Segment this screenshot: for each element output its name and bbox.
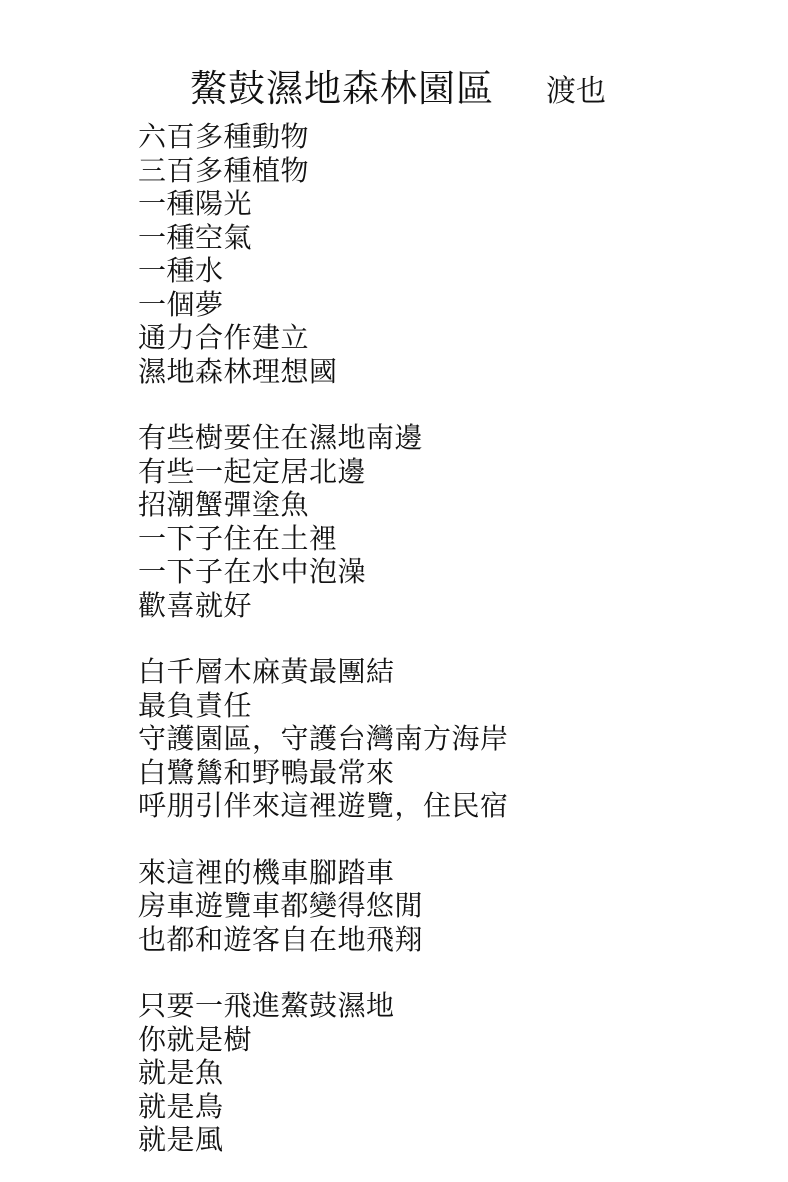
- poem-line: 一個夢: [138, 288, 748, 322]
- title-row: 鰲鼓濕地森林園區渡也: [138, 58, 748, 112]
- poem-line: 呼朋引伴來這裡遊覽，住民宿: [138, 789, 748, 823]
- poem-line: 六百多種動物: [138, 120, 748, 154]
- poem-line: 通力合作建立: [138, 321, 748, 355]
- poem-line: 就是魚: [138, 1056, 748, 1090]
- poem-line: 就是風: [138, 1123, 748, 1157]
- poem-line: 一種陽光: [138, 187, 748, 221]
- poem-title: 鰲鼓濕地森林園區: [190, 68, 494, 109]
- poem-line: 招潮蟹彈塗魚: [138, 488, 748, 522]
- poem-author: 渡也: [546, 75, 606, 108]
- stanza-1: 六百多種動物三百多種植物一種陽光一種空氣一種水一個夢通力合作建立濕地森林理想國: [138, 120, 748, 388]
- poem-line: 守護園區，守護台灣南方海岸: [138, 722, 748, 756]
- poem-line: 只要一飛進鰲鼓濕地: [138, 989, 748, 1023]
- poem-line: 有些一起定居北邊: [138, 455, 748, 489]
- stanza-2: 有些樹要住在濕地南邊有些一起定居北邊招潮蟹彈塗魚一下子住在土裡一下子在水中泡澡歡…: [138, 421, 748, 622]
- poem-line: 就是鳥: [138, 1090, 748, 1124]
- stanza-4: 來這裡的機車腳踏車房車遊覽車都變得悠閒也都和遊客自在地飛翔: [138, 856, 748, 957]
- poem-line: 濕地森林理想國: [138, 355, 748, 389]
- poem-line: 白千層木麻黃最團結: [138, 655, 748, 689]
- poem-line: 最負責任: [138, 689, 748, 723]
- poem-line: 三百多種植物: [138, 154, 748, 188]
- poem-line: 有些樹要住在濕地南邊: [138, 421, 748, 455]
- stanza-5: 只要一飛進鰲鼓濕地你就是樹就是魚就是鳥就是風: [138, 989, 748, 1157]
- poem-line: 一種水: [138, 254, 748, 288]
- poem-body: 六百多種動物三百多種植物一種陽光一種空氣一種水一個夢通力合作建立濕地森林理想國有…: [138, 120, 748, 1157]
- poem-line: 一下子住在土裡: [138, 522, 748, 556]
- poem-page: 鰲鼓濕地森林園區渡也 六百多種動物三百多種植物一種陽光一種空氣一種水一個夢通力合…: [0, 0, 788, 1182]
- stanza-3: 白千層木麻黃最團結最負責任守護園區，守護台灣南方海岸白鷺鷥和野鴨最常來呼朋引伴來…: [138, 655, 748, 823]
- poem-line: 也都和遊客自在地飛翔: [138, 923, 748, 957]
- poem-line: 房車遊覽車都變得悠閒: [138, 889, 748, 923]
- poem-line: 你就是樹: [138, 1023, 748, 1057]
- poem-line: 一種空氣: [138, 221, 748, 255]
- poem-line: 白鷺鷥和野鴨最常來: [138, 756, 748, 790]
- poem-line: 來這裡的機車腳踏車: [138, 856, 748, 890]
- poem-line: 歡喜就好: [138, 589, 748, 623]
- poem-line: 一下子在水中泡澡: [138, 555, 748, 589]
